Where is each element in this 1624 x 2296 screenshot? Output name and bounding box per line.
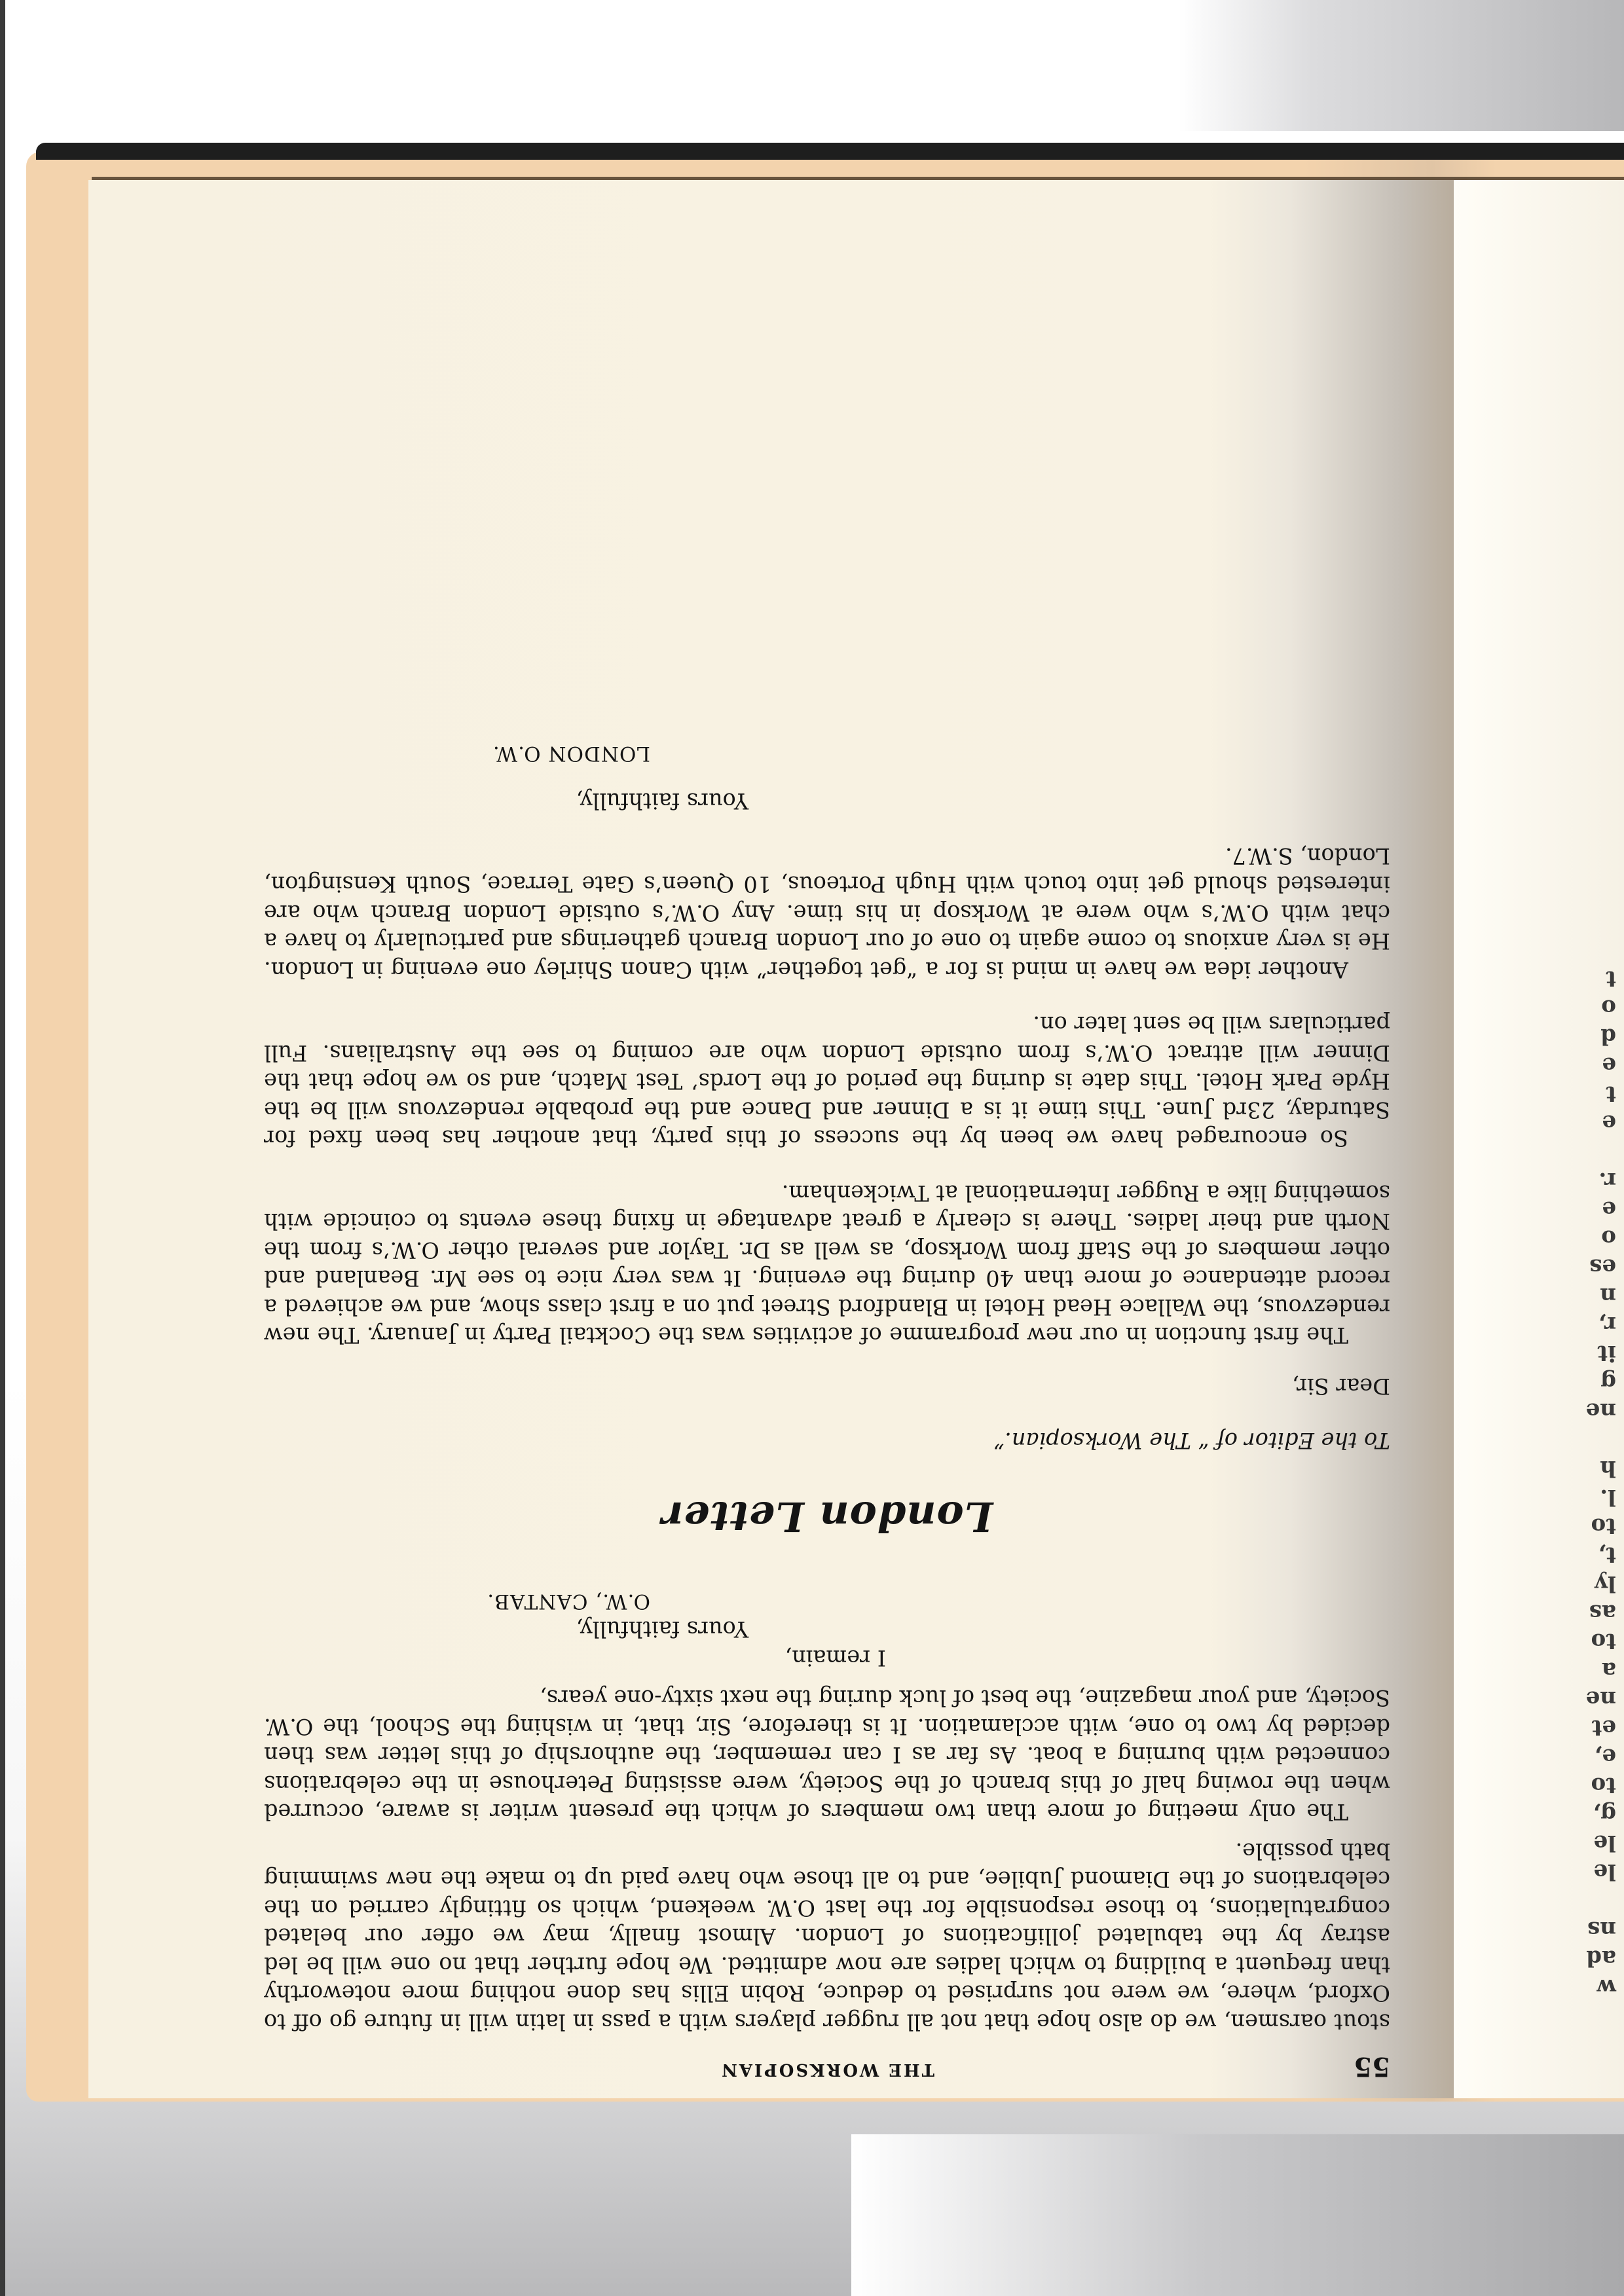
article-title: London Letter [264, 1493, 1390, 1541]
signature: O.W., CANTAB. [264, 1587, 1390, 1616]
facing-page-line-fragment: o [1601, 1225, 1616, 1251]
facing-page-line-fragment: ne [1586, 1398, 1616, 1424]
book-binding-edge [36, 143, 1624, 160]
letter-paragraph: So encouraged have we been by the succes… [264, 1010, 1390, 1153]
letter-paragraph: The first function in our new programme … [264, 1179, 1390, 1350]
signature: LONDON O.W. [264, 739, 1390, 768]
facing-page-line-fragment: o [1601, 994, 1616, 1021]
facing-page: wadnsleleg,toe,etneatoaslyt,tol.hnegitr,… [1454, 180, 1624, 2098]
facing-page-line-fragment: e, [1595, 1743, 1616, 1770]
letter-paragraph: Another idea we have in mind is for a “g… [264, 842, 1390, 985]
facing-page-line-fragment: l. [1600, 1484, 1616, 1510]
salutation: Dear Sir, [264, 1372, 1390, 1401]
facing-page-line-fragment: et [1592, 1715, 1616, 1741]
facing-page-line-fragment: t [1606, 1081, 1616, 1107]
letter-closing: Yours faithfully, LONDON O.W. [264, 739, 1390, 816]
facing-page-line-fragment: ns [1587, 1916, 1616, 1942]
facing-page-line-fragment: e [1602, 1110, 1616, 1136]
previous-letter-paragraph: The only meeting of more than two member… [264, 1684, 1390, 1827]
facing-page-line-fragment: ad [1586, 1945, 1616, 1971]
facing-page-line-fragment: e [1602, 1196, 1616, 1222]
previous-letter: stout oarsmen, we do also hope that not … [264, 1587, 1390, 2037]
scanner-edge [0, 0, 5, 2296]
facing-page-line-fragment: g, [1593, 1801, 1616, 1827]
scanner-background-top [1179, 0, 1624, 131]
journal-title: THE WORKSOPIAN [264, 2060, 1390, 2079]
facing-page-line-fragment: g [1600, 1369, 1616, 1395]
facing-page-line-fragment: w [1597, 1974, 1616, 2000]
page-content-rotated-180: 55 THE WORKSOPIAN stout oarsmen, we do a… [88, 180, 1454, 2098]
facing-page-line-fragment: r, [1598, 1311, 1616, 1338]
facing-page-line-fragment: ne [1586, 1686, 1616, 1712]
facing-page-line-fragment: to [1591, 1772, 1616, 1798]
page-content: 55 THE WORKSOPIAN stout oarsmen, we do a… [264, 739, 1390, 2083]
facing-page-line-fragment: to [1591, 1628, 1616, 1654]
facing-page-line-fragment: le [1593, 1830, 1616, 1856]
facing-page-line-fragment: r. [1598, 1167, 1616, 1194]
closing-yours-faithfully: Yours faithfully, [264, 787, 1390, 816]
facing-page-line-fragment: it [1597, 1340, 1616, 1366]
facing-page-line-fragment: t, [1598, 1542, 1616, 1568]
facing-page-line-fragment: d [1600, 1023, 1616, 1049]
facing-page-line-fragment: n [1600, 1283, 1616, 1309]
facing-page-line-fragment: a [1602, 1657, 1616, 1683]
magazine-page: 55 THE WORKSOPIAN stout oarsmen, we do a… [88, 180, 1454, 2098]
closing-remain: I remain, [264, 1644, 1390, 1673]
closing-yours-faithfully: Yours faithfully, [264, 1615, 1390, 1644]
facing-page-line-fragment: ly [1595, 1571, 1616, 1597]
scanner-background-bottom [851, 2134, 1624, 2296]
facing-page-line-fragment: es [1589, 1254, 1616, 1280]
facing-page-line-fragment: t [1606, 966, 1616, 992]
facing-page-line-fragment: h [1600, 1455, 1616, 1482]
facing-page-text-fragment: wadnsleleg,toe,etneatoaslyt,tol.hnegitr,… [1454, 180, 1624, 2098]
facing-page-line-fragment: as [1589, 1599, 1616, 1626]
addressee: To the Editor of “ The Worksopian.” [264, 1427, 1390, 1455]
running-head: 55 THE WORKSOPIAN [264, 2036, 1390, 2082]
facing-page-line-fragment: to [1591, 1513, 1616, 1539]
facing-page-line-fragment: e [1602, 1052, 1616, 1078]
london-letter: London Letter To the Editor of “ The Wor… [264, 739, 1390, 1541]
facing-page-line-fragment: le [1593, 1859, 1616, 1885]
previous-letter-closing: I remain, Yours faithfully, O.W., CANTAB… [264, 1587, 1390, 1673]
previous-letter-paragraph: stout oarsmen, we do also hope that not … [264, 1837, 1390, 2037]
